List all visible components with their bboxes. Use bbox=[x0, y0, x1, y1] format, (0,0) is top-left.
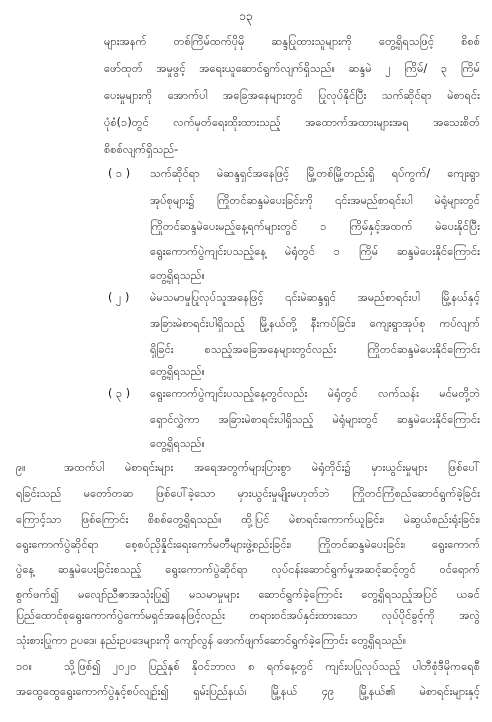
item-marker-1: ( ၁ ) bbox=[108, 166, 130, 182]
para-9-line: သုံးစားပြုကာ ဥပဒေ၊ နည်းဥပဒေများကို ကျော်… bbox=[16, 633, 480, 649]
item-1-line: တွေ့ရှိရသည်။ bbox=[150, 268, 480, 284]
intro-line: များအနက် တစ်ကြိမ်ထက်ပိုမို ဆန္ဒပြုထားသူမ… bbox=[104, 34, 480, 50]
para-9-line: ရခြင်းသည် မတော်တဆ ဖြစ်ပေါ်ခဲ့သော မှားယွင… bbox=[16, 486, 480, 502]
para-9-line: ပွဲနေ့ ဆန္ဒမဲပေးခြင်းစသည့် ရွေးကောက်ပွဲဆ… bbox=[16, 562, 480, 578]
intro-line: စိစစ်လျက်ရှိသည်- bbox=[104, 142, 480, 158]
item-2-line: အခြားမဲစာရင်းပါရှိသည့် မြို့နယ်တို့ နီးက… bbox=[150, 316, 480, 332]
para-10-line: အထွေထွေရွေးကောက်ပွဲနှင့်စပ်လျဉ်း၍ ရှမ်းပ… bbox=[16, 684, 480, 700]
page-number: ၁၃ bbox=[0, 8, 492, 26]
item-marker-2: ( ၂ ) bbox=[108, 290, 129, 306]
para-9-line: စွက်ဖက်၍ မလျော်ညီဇာအသုံးပြု၍ မသမာမှုများ… bbox=[16, 587, 480, 603]
item-2-line: မဲမသမာမှုပြုလုပ်သူအနေဖြင့် ၎င်းမဲဆန္ဒရှင… bbox=[150, 290, 480, 306]
para-10-line: သို့ဖြစ်၍ ၂၀၂၀ ပြည့်နှစ် နိုဝင်ဘာလ ၈ ရက်… bbox=[64, 659, 480, 675]
para-9-line: အထက်ပါ မဲစာရင်းများ အရေအတွက်များပြားစွာ … bbox=[64, 460, 480, 476]
para-9-line: ရွေးကောက်ပွဲဆိုင်ရာ စေ့စပ်ညှိနှိုင်းရေးက… bbox=[16, 537, 480, 553]
item-2-line: တွေ့ရှိရသည်။ bbox=[150, 364, 480, 380]
intro-line: ပုံစံ(၁)တွင် လက်မှတ်ရေးထိုးထားသည့် အထောက… bbox=[104, 115, 480, 131]
item-marker-3: ( ၃ ) bbox=[108, 386, 130, 402]
document-page: ၁၃ များအနက် တစ်ကြိမ်ထက်ပိုမို ဆန္ဒပြုထား… bbox=[0, 0, 492, 722]
intro-line: ပေးမှုများကို အောက်ပါ အခြေအနေများတွင် ပြ… bbox=[104, 88, 480, 104]
intro-line: ဖော်ထုတ် အမှုဖွင့် အရေးယူဆောင်ရွက်လျက်ရှ… bbox=[104, 61, 480, 77]
item-1-line: ကြိုတင်ဆန္ဒမဲပေးမည့်နေ့ရက်များတွင် ၁ ကြိ… bbox=[150, 219, 480, 235]
item-3-line: ရှောင်လွှဲကာ အခြားမဲစာရင်းပါရှိသည့် မဲရု… bbox=[150, 412, 480, 428]
item-1-line: သက်ဆိုင်ရာ မဲဆန္ဒရှင်အနေဖြင့် မြို့တစ်မြ… bbox=[150, 166, 480, 182]
para-9-marker: ၉။ bbox=[16, 460, 26, 476]
item-2-line: ရှိခြင်း စသည့်အခြေအနေများတွင်လည်း ကြိုတင… bbox=[150, 342, 480, 358]
item-3-line: ရွေးကောက်ပွဲကျင်းပသည့်နေ့တွင်လည်း မဲရုံတ… bbox=[150, 386, 480, 402]
item-3-line: တွေ့ရှိရသည်။ bbox=[150, 436, 480, 452]
para-10-marker: ၁၀။ bbox=[16, 659, 32, 675]
item-1-line: ရွေးကောက်ပွဲကျင်းပသည့်နေ့ မဲရုံတွင် ၁ ကြ… bbox=[150, 244, 480, 260]
para-9-line: ပြည်ထောင်စုရွေးကောက်ပွဲကော်မရှင်အနေဖြင့်… bbox=[16, 608, 480, 624]
item-1-line: အုပ်စုများ၌ ကြိုတင်ဆန္ဒမဲပေးခြင်းကို ၎င်… bbox=[150, 193, 480, 209]
para-9-line: ကြောင့်သာ ဖြစ်ကြောင်း စိစစ်တွေ့ရှိရသည်။ … bbox=[16, 512, 480, 528]
